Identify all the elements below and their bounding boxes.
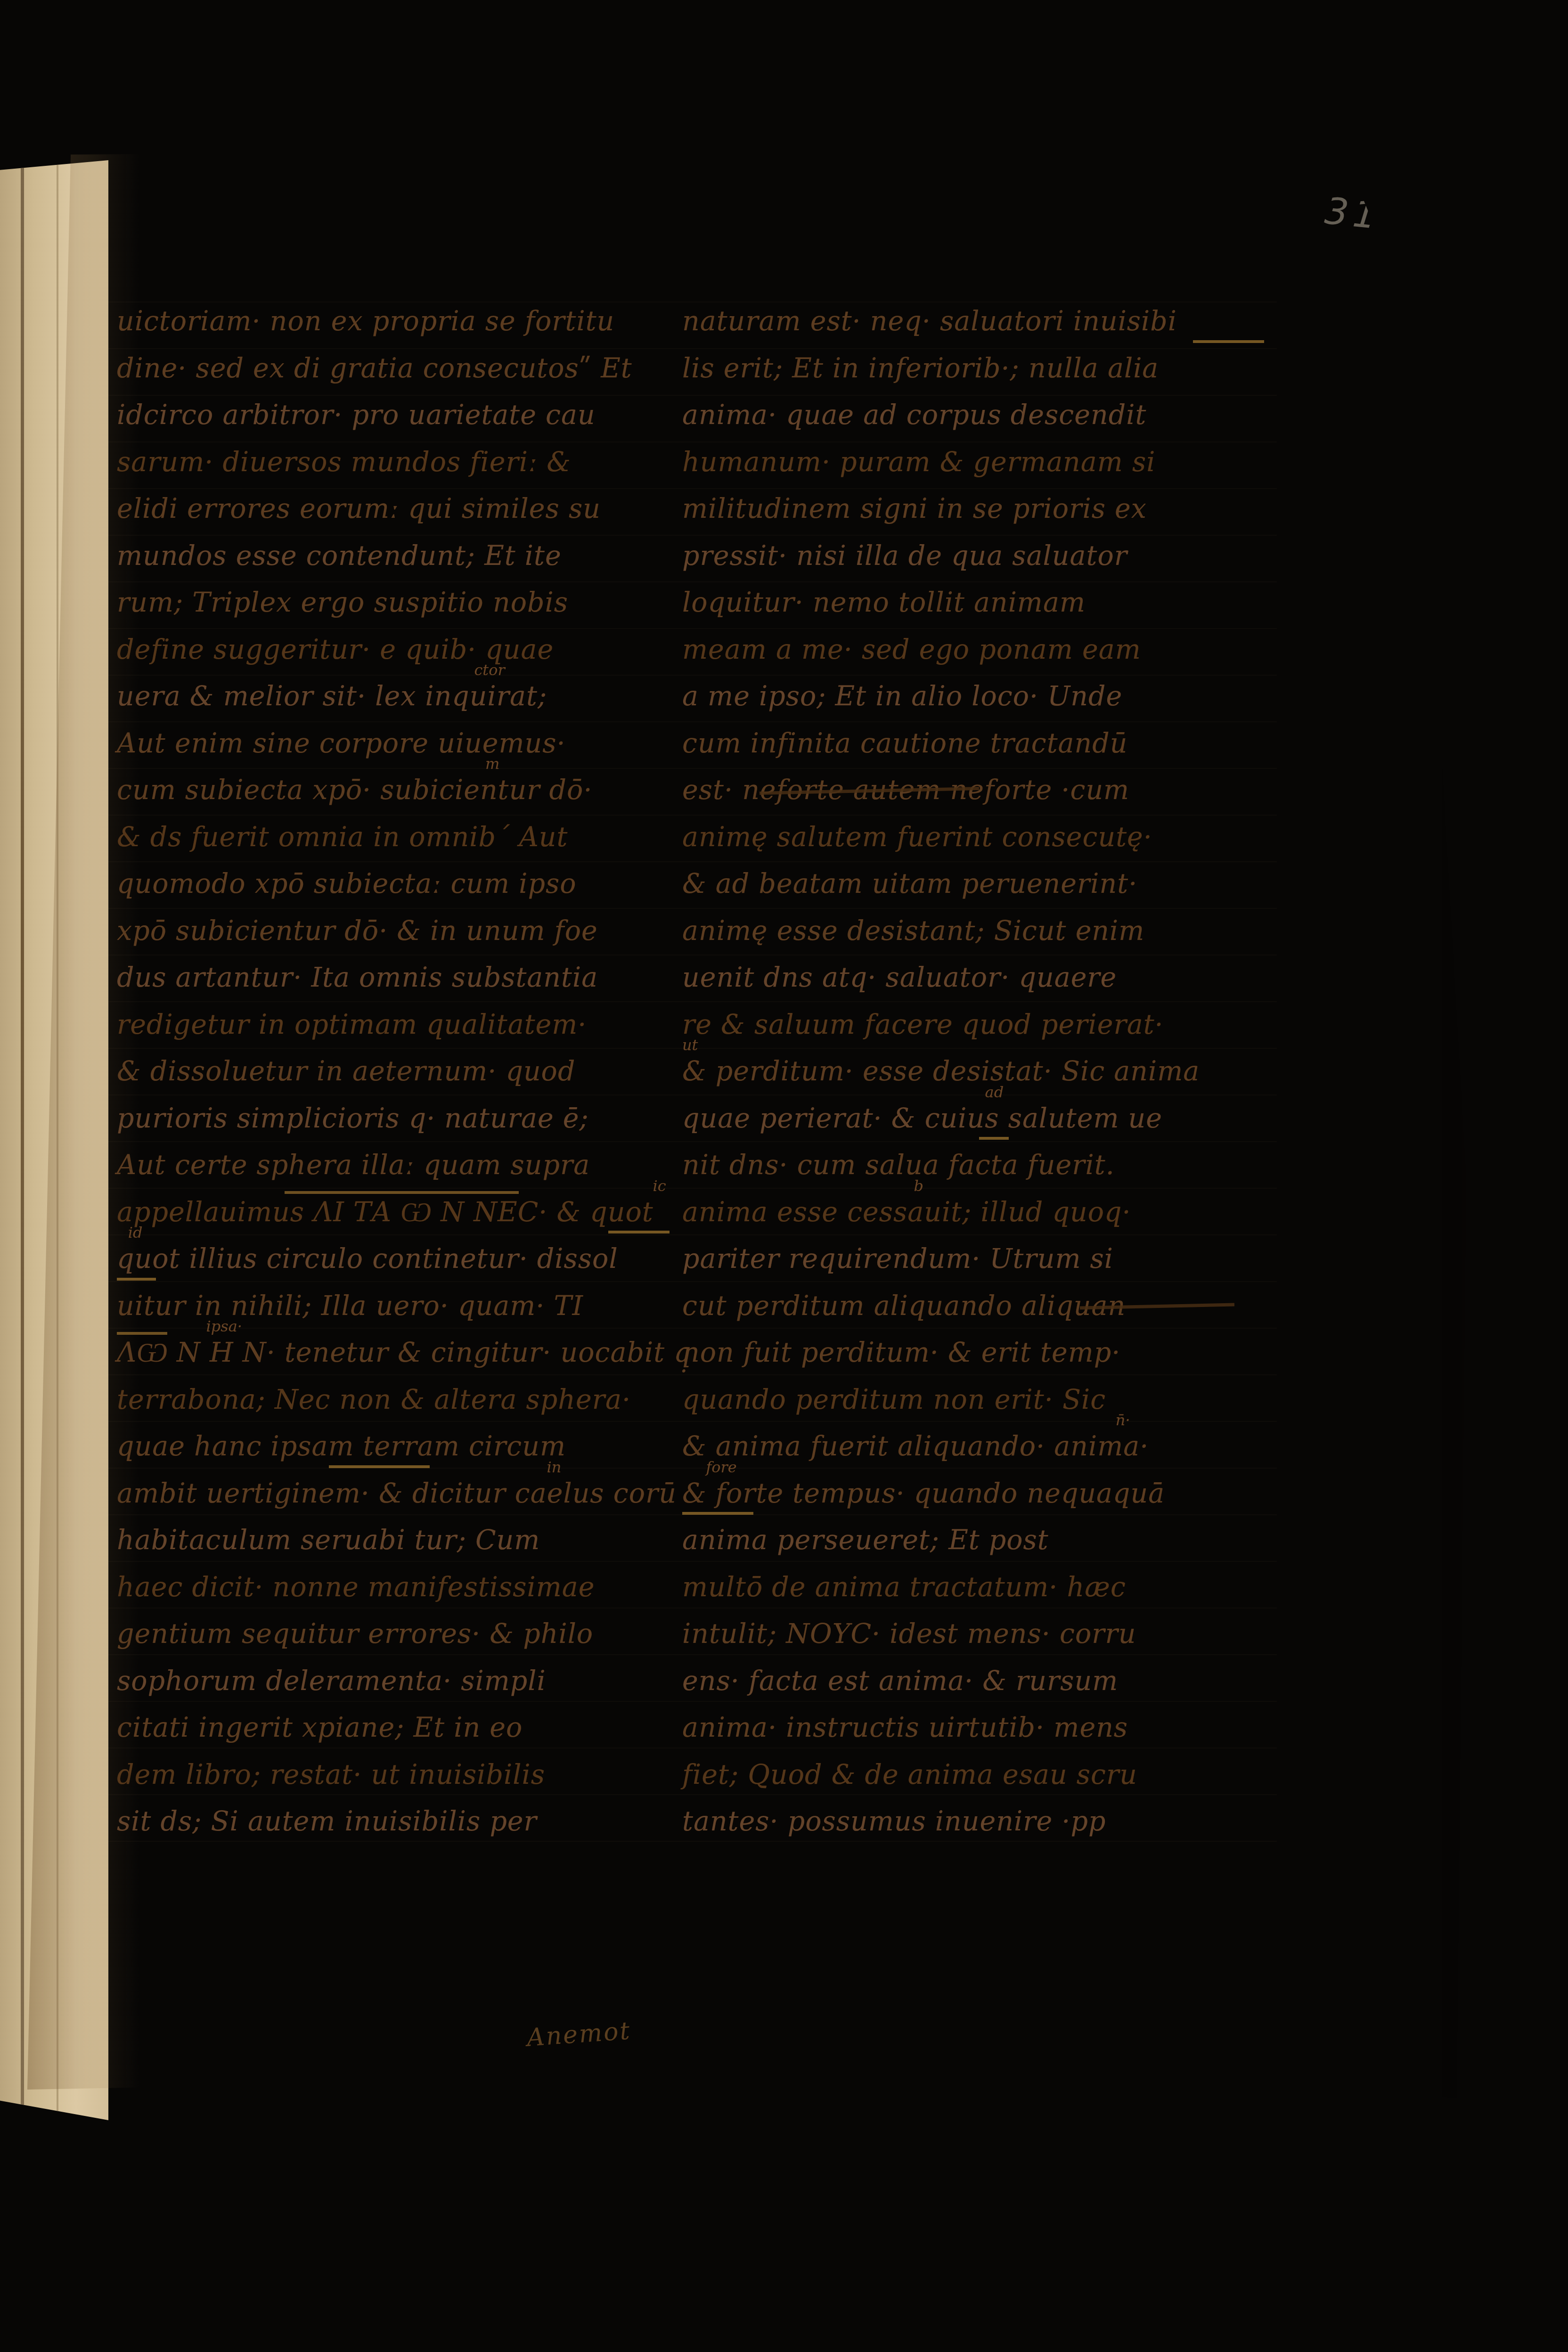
manuscript-line: sophorum deleramenta· simpli [117,1659,675,1707]
manuscript-line: Aut enim sine corpore uiuemus· [117,722,675,769]
underline-mark [1193,340,1264,343]
manuscript-line: naturam est· neq· saluatori inuisibi [682,300,1276,347]
manuscript-line: ambit uertiginem· & dicitur caelus corūi… [117,1472,675,1519]
manuscript-line: non fuit perditum· & erit temp· [682,1331,1276,1378]
manuscript-line: cut perditum aliquando aliquan [682,1284,1276,1331]
manuscript-line: animę salutem fuerint consecutę· [682,816,1276,863]
manuscript-line: anima· instructis uirtutib· mens [682,1706,1276,1753]
interlinear-gloss: ctor [474,662,505,678]
manuscript-line: lis erit; Et in inferiorib·; nulla alia [682,347,1276,394]
manuscript-line: redigetur in optimam qualitatem· [117,1003,675,1050]
manuscript-line: pariter requirendum· Utrum si [682,1237,1276,1284]
manuscript-line: dine· sed ex di gratia consecutosʺ Et [117,347,675,394]
manuscript-line: loquitur· nemo tollit animam [682,581,1276,628]
manuscript-line: intulit; ΝΟΥC· idest mens· corru [682,1612,1276,1659]
underline-mark [979,1137,1009,1140]
manuscript-line: ens· facta est anima· & rursum [682,1659,1276,1707]
bottom-inscription: Anemot [526,2017,632,2052]
interlinear-gloss: in [547,1460,561,1475]
manuscript-line: rum; Triplex ergo suspitio nobis [117,581,675,628]
manuscript-line: & ds fuerit omnia in omnib´ Aut [117,816,675,863]
manuscript-line: habitaculum seruabi tur; Cum [117,1519,675,1566]
parchment-page: 311 uictoriam· non ex propria se fortitu… [0,0,1568,2352]
text-column-left: uictoriam· non ex propria se fortitudine… [117,300,675,1847]
manuscript-line: quomodo xpō subiectaː cum ipso [117,862,675,909]
interlinear-gloss: n̄· [1116,1413,1130,1428]
manuscript-line: militudinem signi in se prioris ex [682,487,1276,534]
manuscript-line: mundos esse contendunt; Et ite [117,534,675,581]
underline-mark [329,1465,429,1468]
manuscript-line: citati ingerit xpiane; Et in eo [117,1706,675,1753]
manuscript-line: cum subiecta xpō· subicientur dō·m [117,768,675,816]
manuscript-line: ΛѠ Ν Η Ν· tenetur & cingitur· uocabit q̣… [117,1331,675,1378]
interlinear-gloss: ad [985,1085,1004,1100]
manuscript-line: & forte tempus· quando nequaquāfore [682,1472,1276,1519]
manuscript-line: quot illius circulo continetur· dissolid [117,1237,675,1284]
manuscript-line: quando perditum non erit· Sic [682,1378,1276,1425]
manuscript-photo: 311 uictoriam· non ex propria se fortitu… [0,0,1568,2352]
overline-mark [117,1332,167,1335]
manuscript-line: appellauimus ΛΙ ΤΑ Ѡ Ν ΝΕС· & quotic [117,1191,675,1238]
underline-mark [608,1231,670,1233]
manuscript-line: tantes· possumus inuenire ·pp [682,1800,1276,1847]
manuscript-line: purioris simplicioris q· naturae ē; [117,1097,675,1144]
manuscript-line: anima· quae ad corpus descendit [682,393,1276,441]
manuscript-line: & anima fuerit aliquando· anima·n̄· [682,1425,1276,1472]
interlinear-gloss: fore [706,1460,736,1475]
manuscript-line: dus artantur· Ita omnis substantia [117,956,675,1003]
strike-mark [1080,1303,1234,1310]
overline-mark [285,1191,519,1194]
manuscript-line: sit ds; Si autem inuisibilis per [117,1800,675,1847]
manuscript-line: xpō subicientur dō· & in unum foe [117,909,675,956]
underline-mark [117,1278,156,1281]
gutter-crease [21,160,24,2120]
manuscript-line: Aut certe sphera illaː quam supra [117,1143,675,1191]
folio-number: 311 [1323,190,1411,241]
manuscript-line: sarum· diuersos mundos fieriː & [117,441,675,488]
manuscript-line: & dissoluetur in aeternum· quod [117,1050,675,1097]
manuscript-line: uenit dns atq· saluator· quaere [682,956,1276,1003]
manuscript-line: dem libro; restat· ut inuisibilis [117,1753,675,1800]
manuscript-line: define suggeritur· e quib· quae [117,628,675,675]
manuscript-line: uera & melior sit· lex inquirat;ctor [117,675,675,722]
interlinear-gloss: ic [653,1178,666,1193]
manuscript-line: elidi errores eorumː qui similes su [117,487,675,534]
manuscript-line: gentium sequitur errores· & philo [117,1612,675,1659]
manuscript-line: cum infinita cautione tractandū [682,722,1276,769]
manuscript-line: re & saluum facere quod perierat· [682,1003,1276,1050]
manuscript-line: uitur in nihili; Illa uero· quam· ΤΙ [117,1284,675,1331]
manuscript-line: humanum· puram & germanam si [682,441,1276,488]
manuscript-line: nit dns· cum salua facta fuerit. [682,1143,1276,1191]
manuscript-line: a me ipso; Et in alio loco· Unde [682,675,1276,722]
interlinear-gloss: b [914,1178,923,1193]
manuscript-line: idcirco arbitror· pro uarietate cau [117,393,675,441]
manuscript-line: anima perseueret; Et post [682,1519,1276,1566]
manuscript-line: terrabona; Nec non & altera sphera· [117,1378,675,1425]
manuscript-line: multō de anima tractatum· hæc [682,1566,1276,1613]
interlinear-gloss: m [485,756,499,771]
manuscript-line: uictoriam· non ex propria se fortitu [117,300,675,347]
manuscript-line: & perditum· esse desistat· Sic animaut [682,1050,1276,1097]
interlinear-gloss: ipsa· [206,1319,242,1334]
manuscript-line: anima esse cessauit; illud quoq·b [682,1191,1276,1238]
manuscript-line: meam a me· sed ego ponam eam [682,628,1276,675]
interlinear-gloss: ut [682,1037,698,1053]
strike-mark [759,787,979,795]
manuscript-line: animę esse desistant; Sicut enim [682,909,1276,956]
manuscript-line: haec dicit· nonne manifestissimae [117,1566,675,1613]
manuscript-line: quae hanc ipsam terram circum [117,1425,675,1472]
manuscript-line: & ad beatam uitam peruenerint· [682,862,1276,909]
manuscript-line: pressit· nisi illa de qua saluator [682,534,1276,581]
text-column-right: naturam est· neq· saluatori inuisibilis … [682,300,1276,1847]
manuscript-line: fiet; Quod & de anima esau scru [682,1753,1276,1800]
interlinear-gloss: id [128,1225,143,1240]
underline-mark [682,1512,753,1515]
manuscript-line: est· neforte autem neforte ·cum [682,768,1276,816]
manuscript-line: quae perierat· & cuius salutem uead [682,1097,1276,1144]
